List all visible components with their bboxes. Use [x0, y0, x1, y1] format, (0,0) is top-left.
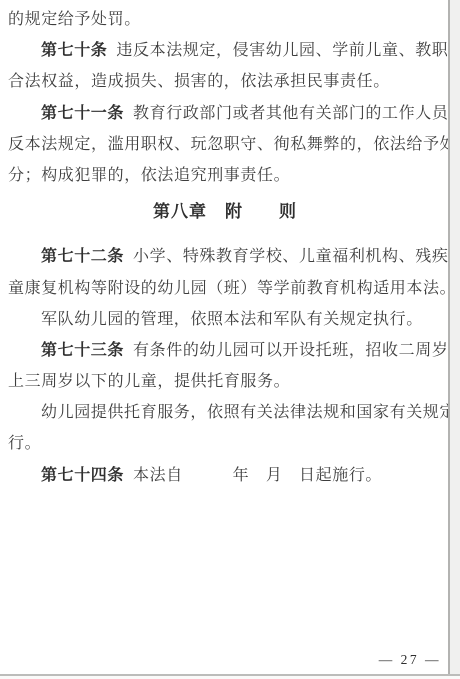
article-number: 第七十条	[41, 42, 107, 59]
text-line: 合法权益，造成损失、损害的，依法承担民事责任。	[8, 66, 442, 97]
text-line: 反本法规定，滥用职权、玩忽职守、徇私舞弊的，依法给予处	[8, 129, 442, 160]
text-line: 行。	[8, 428, 442, 459]
chapter-heading: 第八章 附 则	[8, 196, 442, 227]
article-paragraph-line: 第七十一条教育行政部门或者其他有关部门的工作人员违	[8, 98, 442, 129]
article-number: 第七十四条	[41, 467, 124, 484]
article-paragraph-line: 第七十三条有条件的幼儿园可以开设托班，招收二周岁以	[8, 335, 442, 366]
article-paragraph-line: 军队幼儿园的管理，依照本法和军队有关规定执行。	[8, 304, 442, 335]
article-number: 第七十三条	[41, 342, 124, 359]
text-line: 上三周岁以下的儿童，提供托育服务。	[8, 366, 442, 397]
document-page: 的规定给予处罚。第七十条违反本法规定，侵害幼儿园、学前儿童、教职工合法权益，造成…	[0, 0, 460, 679]
text-line: 的规定给予处罚。	[8, 4, 442, 35]
article-number: 第七十二条	[41, 248, 124, 265]
page-edge-right	[448, 0, 460, 679]
document-body: 的规定给予处罚。第七十条违反本法规定，侵害幼儿园、学前儿童、教职工合法权益，造成…	[8, 4, 442, 491]
article-paragraph-line: 幼儿园提供托育服务，依照有关法律法规和国家有关规定执	[8, 397, 442, 428]
article-paragraph-line: 第七十四条本法自 年 月 日起施行。	[8, 460, 442, 491]
page-edge-bottom	[0, 674, 460, 679]
text-line: 童康复机构等附设的幼儿园（班）等学前教育机构适用本法。	[8, 273, 442, 304]
article-paragraph-line: 第七十条违反本法规定，侵害幼儿园、学前儿童、教职工	[8, 35, 442, 66]
article-number: 第七十一条	[41, 105, 124, 122]
article-paragraph-line: 第七十二条小学、特殊教育学校、儿童福利机构、残疾儿	[8, 241, 442, 272]
text-line: 分；构成犯罪的，依法追究刑事责任。	[8, 160, 442, 191]
page-number: — 27 —	[379, 652, 441, 668]
